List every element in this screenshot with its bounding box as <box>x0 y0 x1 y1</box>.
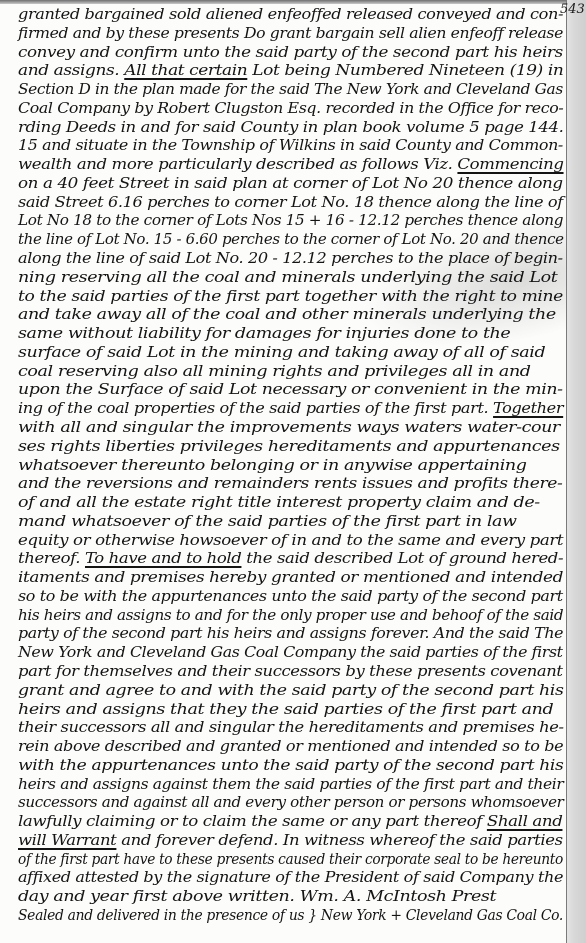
text-line: said Street 6.16 perches to corner Lot N… <box>18 192 563 212</box>
text-segment: affixed attested by the signature of the… <box>18 868 563 886</box>
text-line: thereof. To have and to hold the said de… <box>18 548 563 568</box>
text-line: with the appurtenances unto the said par… <box>18 755 563 775</box>
text-line: of the first part have to these presents… <box>18 849 563 869</box>
deed-page: 543 granted bargained sold aliened enfeo… <box>0 0 586 943</box>
text-line: equity or otherwise howsoever of in and … <box>18 530 563 550</box>
text-line: to the said parties of the first part to… <box>18 286 563 306</box>
text-segment: rein above described and granted or ment… <box>18 737 563 755</box>
text-line: Section D in the plan made for the said … <box>18 79 563 99</box>
text-segment: upon the Surface of said Lot necessary o… <box>18 380 563 398</box>
text-segment: to the said parties of the first part to… <box>18 287 563 305</box>
underlined-phrase: To have and to hold <box>85 549 241 567</box>
text-segment: coal reserving also all mining rights an… <box>18 362 531 380</box>
text-line: firmed and by these presents Do grant ba… <box>18 23 563 43</box>
text-segment: the said described Lot of ground hered- <box>241 549 563 567</box>
text-line: same without liability for damages for i… <box>18 323 510 343</box>
text-line: rding Deeds in and for said County in pl… <box>18 117 564 137</box>
text-segment: surface of said Lot in the mining and ta… <box>18 343 545 361</box>
underlined-phrase: will Warrant <box>18 831 116 849</box>
text-segment: firmed and by these presents Do grant ba… <box>18 24 563 42</box>
text-line: Coal Company by Robert Clugston Esq. rec… <box>18 98 563 118</box>
text-line: upon the Surface of said Lot necessary o… <box>18 379 563 399</box>
text-segment: so to be with the appurtenances unto the… <box>18 587 563 605</box>
text-segment: thereof. <box>18 549 85 567</box>
underlined-phrase: Shall and <box>487 812 563 830</box>
text-segment: ning reserving all the coal and minerals… <box>18 268 557 286</box>
text-segment: 15 and situate in the Township of Wilkin… <box>18 136 563 154</box>
text-line: will Warrant and forever defend. In witn… <box>18 830 563 850</box>
text-line: convey and confirm unto the said party o… <box>18 42 563 62</box>
text-line: 15 and situate in the Township of Wilkin… <box>18 135 563 155</box>
text-segment: Lot being Numbered Nineteen (19) in <box>247 61 563 79</box>
page-number: 543 <box>560 2 585 17</box>
text-segment: Coal Company by Robert Clugston Esq. rec… <box>18 99 563 117</box>
text-segment: party of the second part his heirs and a… <box>18 624 563 642</box>
text-segment: New York and Cleveland Gas Coal Company … <box>18 643 563 661</box>
text-line: day and year first above written. Wm. A.… <box>18 886 496 906</box>
text-segment: Section D in the plan made for the said … <box>18 80 563 98</box>
text-line: surface of said Lot in the mining and ta… <box>18 342 545 362</box>
text-segment: itaments and premises hereby granted or … <box>18 568 563 586</box>
underlined-phrase: Together <box>493 399 563 417</box>
text-line: successors and against all and every oth… <box>18 792 564 812</box>
text-segment: rding Deeds in and for said County in pl… <box>18 118 564 136</box>
text-segment: and forever defend. In witness whereof t… <box>116 831 562 849</box>
text-line: ning reserving all the coal and minerals… <box>18 267 557 287</box>
text-segment: and the reversions and remainders rents … <box>18 474 562 492</box>
text-segment: of the first part have to these presents… <box>18 850 563 868</box>
text-line: and take away all of the coal and other … <box>18 304 556 324</box>
text-segment: heirs and assigns that they the said par… <box>18 700 553 718</box>
text-segment: and take away all of the coal and other … <box>18 305 556 323</box>
text-line: their successors all and singular the he… <box>18 717 564 737</box>
text-line: grant and agree to and with the said par… <box>18 680 563 700</box>
text-segment: granted bargained sold aliened enfeoffed… <box>18 5 563 23</box>
text-line: ses rights liberties privileges heredita… <box>18 436 560 456</box>
text-segment: convey and confirm unto the said party o… <box>18 43 563 61</box>
text-segment: equity or otherwise howsoever of in and … <box>18 531 563 549</box>
underlined-phrase: All that certain <box>124 61 247 79</box>
text-line: so to be with the appurtenances unto the… <box>18 586 563 606</box>
text-line: with all and singular the improvements w… <box>18 417 560 437</box>
text-segment: and assigns. <box>18 61 124 79</box>
text-line: granted bargained sold aliened enfeoffed… <box>18 4 563 24</box>
text-segment: whatsoever thereunto belonging or in any… <box>18 456 527 474</box>
text-line: along the line of said Lot No. 20 - 12.1… <box>18 248 563 268</box>
text-line: Sealed and delivered in the presence of … <box>18 905 563 925</box>
right-margin-shadow <box>566 0 586 943</box>
text-line: coal reserving also all mining rights an… <box>18 361 531 381</box>
text-line: New York and Cleveland Gas Coal Company … <box>18 642 563 662</box>
text-segment: same without liability for damages for i… <box>18 324 510 342</box>
text-line: lawfully claiming or to claim the same o… <box>18 811 562 831</box>
text-line: itaments and premises hereby granted or … <box>18 567 563 587</box>
text-segment: grant and agree to and with the said par… <box>18 681 563 699</box>
text-line: the line of Lot No. 15 - 6.60 perches to… <box>18 229 564 249</box>
text-line: mand whatsoever of the said parties of t… <box>18 511 517 531</box>
text-line: ing of the coal properties of the said p… <box>18 398 563 418</box>
text-segment: their successors all and singular the he… <box>18 718 564 736</box>
text-segment: with the appurtenances unto the said par… <box>18 756 563 774</box>
text-segment: on a 40 feet Street in said plan at corn… <box>18 174 563 192</box>
text-line: rein above described and granted or ment… <box>18 736 563 756</box>
text-line: whatsoever thereunto belonging or in any… <box>18 455 527 475</box>
text-line: Lot No 18 to the corner of Lots Nos 15 +… <box>18 210 563 230</box>
text-segment: said Street 6.16 perches to corner Lot N… <box>18 193 563 211</box>
text-segment: with all and singular the improvements w… <box>18 418 560 436</box>
text-line: affixed attested by the signature of the… <box>18 867 563 887</box>
text-segment: wealth and more particularly described a… <box>18 155 457 173</box>
text-line: on a 40 feet Street in said plan at corn… <box>18 173 563 193</box>
underlined-phrase: Commencing <box>457 155 563 173</box>
text-line: wealth and more particularly described a… <box>18 154 564 174</box>
text-segment: the line of Lot No. 15 - 6.60 perches to… <box>18 230 564 248</box>
text-segment: mand whatsoever of the said parties of t… <box>18 512 517 530</box>
text-line: heirs and assigns that they the said par… <box>18 699 553 719</box>
text-line: his heirs and assigns to and for the onl… <box>18 605 563 625</box>
text-line: heirs and assigns against them the said … <box>18 774 563 794</box>
text-segment: lawfully claiming or to claim the same o… <box>18 812 487 830</box>
text-segment: successors and against all and every oth… <box>18 793 564 811</box>
text-segment: part for themselves and their successors… <box>18 662 563 680</box>
text-segment: ing of the coal properties of the said p… <box>18 399 493 417</box>
text-line: party of the second part his heirs and a… <box>18 623 563 643</box>
text-line: and the reversions and remainders rents … <box>18 473 562 493</box>
text-segment: Lot No 18 to the corner of Lots Nos 15 +… <box>18 211 563 229</box>
text-segment: heirs and assigns against them the said … <box>18 775 563 793</box>
text-segment: of and all the estate right title intere… <box>18 493 540 511</box>
text-segment: ses rights liberties privileges heredita… <box>18 437 560 455</box>
text-segment: along the line of said Lot No. 20 - 12.1… <box>18 249 563 267</box>
text-line: of and all the estate right title intere… <box>18 492 540 512</box>
text-segment: day and year first above written. Wm. A.… <box>18 887 496 905</box>
margin-rule <box>566 0 567 943</box>
text-line: and assigns. All that certain Lot being … <box>18 60 563 80</box>
text-line: part for themselves and their successors… <box>18 661 563 681</box>
text-segment: Sealed and delivered in the presence of … <box>18 906 563 924</box>
text-segment: his heirs and assigns to and for the onl… <box>18 606 563 624</box>
